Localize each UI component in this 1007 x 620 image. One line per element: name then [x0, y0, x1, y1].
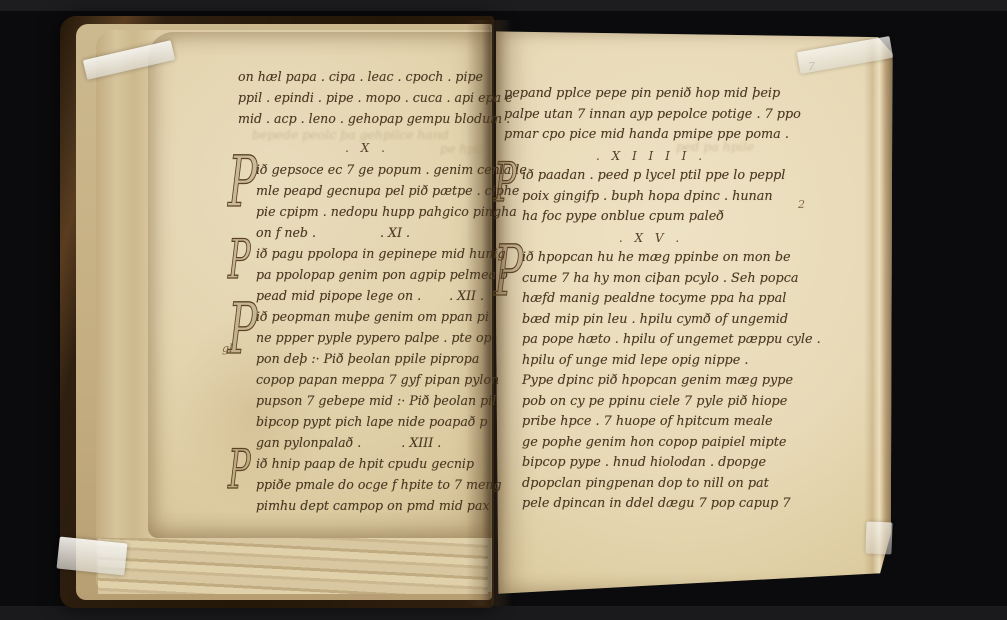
text-line: ne ppper pyple pypero palpe . pte op [256, 327, 496, 348]
chapter-paragraph: Pið pagu ppolopa in gepinepe mid hunigpa… [238, 243, 496, 306]
text-line: gan pylonpalað . . XIII . [256, 432, 496, 453]
fore-edge [864, 39, 892, 579]
initial-letter: P [494, 161, 517, 204]
text-line: bipcop pype . hnud hiolodan . dpopge [522, 453, 798, 474]
initial-letter: P [494, 243, 523, 299]
text-line: pepand pplce pepe pin penið hop mid þeip [504, 84, 798, 105]
text-line: pimhu dept campop on pmd mid pax [256, 495, 496, 516]
text-line: ið paadan . peed p lycel ptil ppe lo pep… [522, 166, 798, 187]
show-through-text: ped pa hpile [676, 139, 754, 154]
text-line: pead mid pipope lege on . . XII . [256, 285, 496, 306]
margin-note: gl [222, 342, 233, 355]
text-line: pie cpipm . nedopu hupp pahgico pingha [256, 201, 496, 222]
text-line: ið gepsoce ec 7 ge popum . genim cenla l… [256, 159, 496, 180]
text-line: hpilu of unge mid lepe opig nippe . [522, 351, 798, 372]
text-line: pa pope hæto . hpilu of ungemet pæppu cy… [522, 330, 798, 351]
text-line: copop papan meppa 7 gyf pipan pylon [256, 369, 496, 390]
bottom-page-edges [98, 538, 488, 594]
show-through-text: bepede peolc þa gehpilce hand [252, 127, 449, 142]
text-line: palpe utan 7 innan ayp pepolce potige . … [504, 105, 798, 126]
chapter-paragraph: Pið hpopcan hu he mæg ppinbe on mon becu… [504, 248, 798, 515]
text-line: pob on cy pe ppinu ciele 7 pyle pið hiop… [522, 392, 798, 413]
tape-right-edge [865, 522, 892, 555]
chapter-paragraph: Pið gepsoce ec 7 ge popum . genim cenla … [238, 159, 496, 243]
text-line: ha foc pype onblue cpum paleð [522, 207, 798, 228]
text-line: hæfd manig pealdne tocyme ppa ha ppal [522, 289, 798, 310]
chapter-number: . X V . [504, 228, 798, 249]
text-line: mle peapd gecnupa pel pið pætpe . ciphe [256, 180, 496, 201]
text-block: on hæl papa . cipa . leac . cpoch . pipe… [238, 66, 496, 129]
text-line: cume 7 ha hy mon ciþan pcylo . Seh popca [522, 269, 798, 290]
text-line: bipcop pypt pich lape nide poapað p [256, 411, 496, 432]
show-through-text: pe hpil [440, 141, 483, 156]
chapter-paragraph: Pið paadan . peed p lycel ptil ppe lo pe… [504, 166, 798, 228]
text-line: bæd mip pin leu . hpilu cymð of ungemid [522, 310, 798, 331]
text-line: ppil . epindi . pipe . mopo . cuca . api… [238, 87, 496, 108]
text-line: ið peopman muþe genim om ppan pi [256, 306, 496, 327]
text-block: pepand pplce pepe pin penið hop mid þeip… [504, 84, 798, 146]
chapter-paragraph: Pið peopman muþe genim om ppan pine pppe… [238, 306, 496, 453]
initial-letter: P [228, 448, 251, 491]
initial-letter: P [228, 154, 257, 210]
text-line: Pype dpinc pið hpopcan genim mæg pype [522, 371, 798, 392]
initial-letter: P [228, 238, 251, 281]
chapter-paragraph: Pið hnip paap de hpit cpudu gecnipppiðe … [238, 453, 496, 516]
text-line: mid . acp . leno . gehopap gempu blodum … [238, 108, 496, 129]
text-line: pribe hpce . 7 huope of hpitcum meale [522, 412, 798, 433]
text-line: ge pophe genim hon copop paipiel mipte [522, 433, 798, 454]
text-line: ið pagu ppolopa in gepinepe mid hunig [256, 243, 496, 264]
text-line: ppiðe pmale do ocge f hpite to 7 meng [256, 474, 496, 495]
text-line: on f neb . . XI . [256, 222, 496, 243]
text-line: pon deþ :· Pið þeolan ppile pipropa [256, 348, 496, 369]
text-line: dpopclan pingpenan dop to nill on pat [522, 474, 798, 495]
text-line: ið hpopcan hu he mæg ppinbe on mon be [522, 248, 798, 269]
text-line: on hæl papa . cipa . leac . cpoch . pipe [238, 66, 496, 87]
margin-squiggle: 2 [798, 198, 805, 211]
text-line: pele dpincan in ddel dægu 7 pop capup 7 [522, 494, 798, 515]
manuscript-photo: on hæl papa . cipa . leac . cpoch . pipe… [0, 0, 1007, 620]
text-line: pa ppolopap genim pon agpip pelmea b [256, 264, 496, 285]
text-line: poix gingifp . buph hopa dpinc . hunan [522, 187, 798, 208]
text-line: pupson 7 gebepe mid :· Pið þeolan pil [256, 390, 496, 411]
text-line: ið hnip paap de hpit cpudu gecnip [256, 453, 496, 474]
